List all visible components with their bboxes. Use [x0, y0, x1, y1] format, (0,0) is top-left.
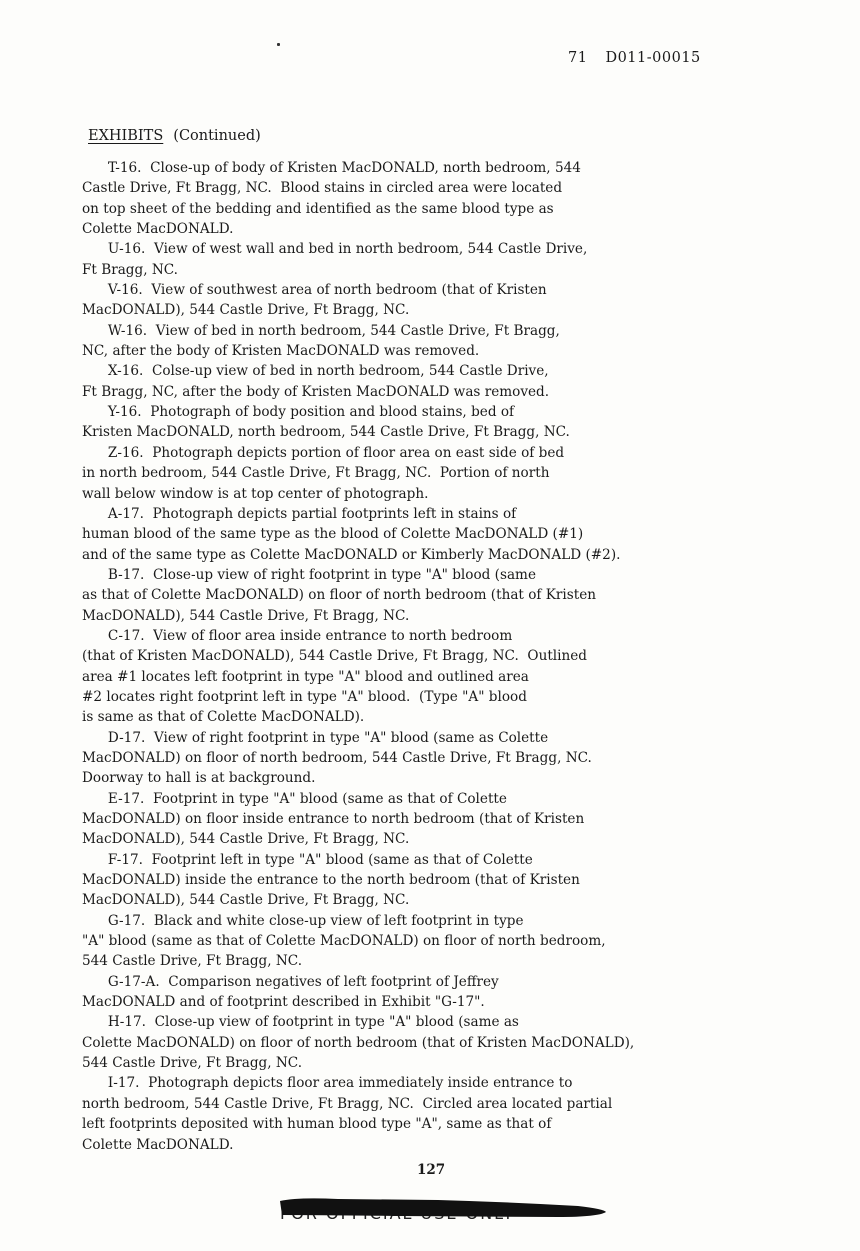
exhibit-line: MacDONALD and of footprint described in …: [82, 992, 782, 1012]
exhibit-entry-g-17-a: G-17-A. Comparison negatives of left foo…: [82, 972, 782, 1013]
exhibit-line: NC, after the body of Kristen MacDONALD …: [82, 341, 782, 361]
exhibit-line: A-17. Photograph depicts partial footpri…: [82, 504, 782, 524]
exhibit-line: (that of Kristen MacDONALD), 544 Castle …: [82, 646, 782, 666]
exhibit-line: MacDONALD) inside the entrance to the no…: [82, 870, 782, 890]
exhibit-entry-a-17: A-17. Photograph depicts partial footpri…: [82, 504, 782, 565]
exhibit-line: MacDONALD) on floor of north bedroom, 54…: [82, 748, 782, 768]
exhibit-entry-d-17: D-17. View of right footprint in type "A…: [82, 728, 782, 789]
exhibit-line: D-17. View of right footprint in type "A…: [82, 728, 782, 748]
exhibit-line: on top sheet of the bedding and identifi…: [82, 199, 782, 219]
exhibit-line: Doorway to hall is at background.: [82, 768, 782, 788]
exhibit-line: Colette MacDONALD) on floor of north bed…: [82, 1033, 782, 1053]
exhibit-line: Kristen MacDONALD, north bedroom, 544 Ca…: [82, 422, 782, 442]
exhibit-line: human blood of the same type as the bloo…: [82, 524, 782, 544]
exhibit-entry-g-17: G-17. Black and white close-up view of l…: [82, 911, 782, 972]
exhibit-line: north bedroom, 544 Castle Drive, Ft Brag…: [82, 1094, 782, 1114]
exhibit-line: Z-16. Photograph depicts portion of floo…: [82, 443, 782, 463]
exhibit-line: "A" blood (same as that of Colette MacDO…: [82, 931, 782, 951]
exhibit-line: E-17. Footprint in type "A" blood (same …: [82, 789, 782, 809]
exhibit-line: MacDONALD), 544 Castle Drive, Ft Bragg, …: [82, 890, 782, 910]
exhibit-line: MacDONALD), 544 Castle Drive, Ft Bragg, …: [82, 300, 782, 320]
exhibit-entry-i-17: I-17. Photograph depicts floor area imme…: [82, 1073, 782, 1154]
exhibit-line: V-16. View of southwest area of north be…: [82, 280, 782, 300]
exhibit-line: as that of Colette MacDONALD) on floor o…: [82, 585, 782, 605]
exhibit-line: C-17. View of floor area inside entrance…: [82, 626, 782, 646]
exhibit-line: Colette MacDONALD.: [82, 219, 782, 239]
exhibit-entry-w-16: W-16. View of bed in north bedroom, 544 …: [82, 321, 782, 362]
exhibit-entry-x-16: X-16. Colse-up view of bed in north bedr…: [82, 361, 782, 402]
exhibit-entry-u-16: U-16. View of west wall and bed in north…: [82, 239, 782, 280]
exhibit-line: 544 Castle Drive, Ft Bragg, NC.: [82, 1053, 782, 1073]
exhibit-line: MacDONALD), 544 Castle Drive, Ft Bragg, …: [82, 606, 782, 626]
exhibit-line: G-17. Black and white close-up view of l…: [82, 911, 782, 931]
exhibit-line: G-17-A. Comparison negatives of left foo…: [82, 972, 782, 992]
section-subtitle: (Continued): [173, 128, 260, 144]
exhibit-line: 544 Castle Drive, Ft Bragg, NC.: [82, 951, 782, 971]
exhibit-line: B-17. Close-up view of right footprint i…: [82, 565, 782, 585]
exhibit-entry-c-17: C-17. View of floor area inside entrance…: [82, 626, 782, 728]
exhibit-entry-t-16: T-16. Close-up of body of Kristen MacDON…: [82, 158, 782, 239]
exhibit-line: in north bedroom, 544 Castle Drive, Ft B…: [82, 463, 782, 483]
exhibit-entry-z-16: Z-16. Photograph depicts portion of floo…: [82, 443, 782, 504]
exhibit-entry-v-16: V-16. View of southwest area of north be…: [82, 280, 782, 321]
section-title: EXHIBITS: [88, 128, 163, 144]
exhibit-line: T-16. Close-up of body of Kristen MacDON…: [82, 158, 782, 178]
document-page: 71D011-00015 EXHIBITS(Continued) T-16. C…: [0, 0, 860, 1251]
exhibit-entry-b-17: B-17. Close-up view of right footprint i…: [82, 565, 782, 626]
exhibit-list: T-16. Close-up of body of Kristen MacDON…: [82, 158, 782, 1155]
exhibit-line: #2 locates right footprint left in type …: [82, 687, 782, 707]
exhibit-entry-f-17: F-17. Footprint left in type "A" blood (…: [82, 850, 782, 911]
exhibit-line: is same as that of Colette MacDONALD).: [82, 707, 782, 727]
exhibit-line: H-17. Close-up view of footprint in type…: [82, 1012, 782, 1032]
exhibit-line: MacDONALD), 544 Castle Drive, Ft Bragg, …: [82, 829, 782, 849]
exhibit-line: and of the same type as Colette MacDONAL…: [82, 545, 782, 565]
section-heading: EXHIBITS(Continued): [88, 128, 261, 144]
exhibit-entry-e-17: E-17. Footprint in type "A" blood (same …: [82, 789, 782, 850]
exhibit-line: I-17. Photograph depicts floor area imme…: [82, 1073, 782, 1093]
exhibit-line: Ft Bragg, NC.: [82, 260, 782, 280]
exhibit-line: Castle Drive, Ft Bragg, NC. Blood stains…: [82, 178, 782, 198]
exhibit-line: U-16. View of west wall and bed in north…: [82, 239, 782, 259]
exhibit-line: Colette MacDONALD.: [82, 1135, 782, 1155]
document-identifier: 71D011-00015: [568, 50, 701, 66]
exhibit-line: X-16. Colse-up view of bed in north bedr…: [82, 361, 782, 381]
exhibit-line: F-17. Footprint left in type "A" blood (…: [82, 850, 782, 870]
exhibit-entry-y-16: Y-16. Photograph of body position and bl…: [82, 402, 782, 443]
exhibit-line: left footprints deposited with human blo…: [82, 1114, 782, 1134]
exhibit-entry-h-17: H-17. Close-up view of footprint in type…: [82, 1012, 782, 1073]
exhibit-line: area #1 locates left footprint in type "…: [82, 667, 782, 687]
exhibit-line: wall below window is at top center of ph…: [82, 484, 782, 504]
redaction-marker: [278, 1197, 608, 1219]
exhibit-line: Y-16. Photograph of body position and bl…: [82, 402, 782, 422]
exhibit-line: MacDONALD) on floor inside entrance to n…: [82, 809, 782, 829]
scan-speck: [277, 43, 280, 46]
page-number: 127: [417, 1162, 445, 1178]
page-sequence-number: 71: [568, 50, 587, 66]
exhibit-line: Ft Bragg, NC, after the body of Kristen …: [82, 382, 782, 402]
exhibit-line: W-16. View of bed in north bedroom, 544 …: [82, 321, 782, 341]
document-id: D011-00015: [605, 50, 700, 66]
